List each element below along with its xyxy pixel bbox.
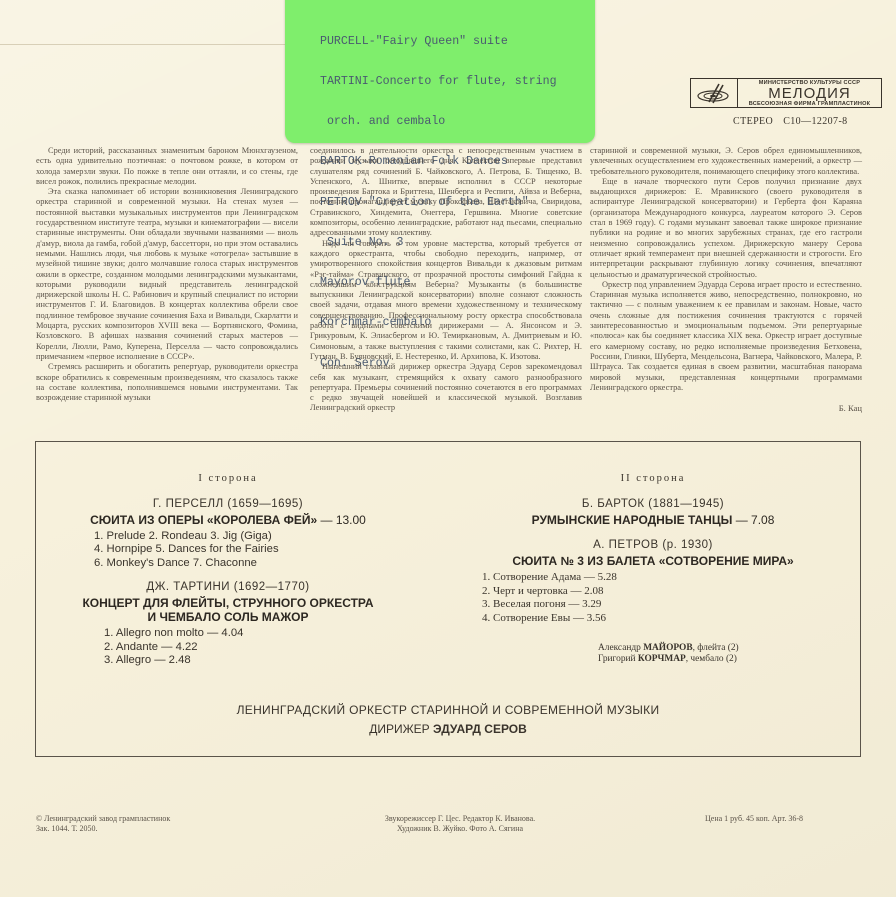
logo-subtitle: ВСЕСОЮЗНАЯ ФИРМА ГРАМПЛАСТИНОК — [749, 101, 871, 107]
performer: Александр МАЙОРОВ, флейта (2) — [598, 643, 739, 654]
essay-author: Б. Кац — [590, 403, 862, 413]
performer-role: , чембало (2) — [686, 654, 737, 664]
movement-list: 1. Allegro non molto — 4.04 2. Andante —… — [104, 627, 388, 667]
performer-first-name: Григорий — [598, 654, 638, 664]
english-sticker: PURCELL-"Fairy Queen" suite TARTINI-Conc… — [285, 0, 595, 143]
work-duration: — 7.08 — [732, 513, 774, 527]
work-title: РУМЫНСКИЕ НАРОДНЫЕ ТАНЦЫ — 7.08 — [478, 513, 828, 527]
composer-name: ДЖ. ТАРТИНИ (1692—1770) — [68, 581, 388, 593]
credits-line: Художник В. Жуйко. Фото А. Сягина — [355, 824, 565, 834]
sticker-line: orch. and cembalo — [320, 115, 557, 128]
credits-line: Звукорежиссер Г. Цес. Редактор К. Иванов… — [355, 814, 565, 824]
side-2: II сторона Б. БАРТОК (1881—1945) РУМЫНСК… — [478, 473, 828, 625]
work-title: СЮИТА ИЗ ОПЕРЫ «КОРОЛЕВА ФЕЙ» — 13.00 — [68, 513, 388, 527]
sticker-line: PURCELL-"Fairy Queen" suite — [320, 35, 557, 48]
publisher-line: © Ленинградский завод грамплaстинок — [36, 814, 170, 824]
movement: 2. Andante — 4.22 — [104, 641, 388, 654]
movement: 4. Hornpipe 5. Dances for the Fairies — [94, 543, 388, 556]
performers: Александр МАЙОРОВ, флейта (2) Григорий К… — [598, 643, 739, 665]
movement: 2. Черт и чертовка — 2.08 — [482, 585, 828, 599]
performer: Григорий КОРЧМАР, чембало (2) — [598, 654, 739, 665]
essay-paragraph: Нынешний главный дирижер оркестра Эдуард… — [310, 362, 582, 413]
essay-paragraph: Еще в начале творческого пути Серов полу… — [590, 177, 862, 280]
sticker-line: TARTINI-Concerto for flute, string — [320, 75, 557, 88]
conductor-label: ДИРИЖЕР — [369, 722, 433, 736]
logo-brand: МЕЛОДИЯ — [768, 86, 850, 101]
format-label: СТЕРЕО — [733, 116, 773, 127]
sleeve-seam — [0, 44, 290, 45]
movement: 1. Сотворение Адама — 5.28 — [482, 571, 828, 585]
essay-paragraph: Эта сказка напоминает об истории возникн… — [36, 187, 298, 362]
logo-text: МИНИСТЕРСТВО КУЛЬТУРЫ СССР МЕЛОДИЯ ВСЕСО… — [737, 78, 882, 108]
movement-list: 1. Сотворение Адама — 5.28 2. Черт и чер… — [482, 571, 828, 625]
movement: 6. Monkey's Dance 7. Chaconne — [94, 557, 388, 570]
composer-name: А. ПЕТРОВ (р. 1930) — [478, 539, 828, 551]
work-title-line: КОНЦЕРТ ДЛЯ ФЛЕЙТЫ, СТРУННОГО ОРКЕСТРА — [68, 596, 388, 610]
composer-name: Б. БАРТОК (1881—1945) — [478, 498, 828, 510]
performer-role: , флейта (2) — [693, 643, 739, 653]
movement: 3. Веселая погоня — 3.29 — [482, 598, 828, 612]
melodiya-disc-icon — [690, 78, 737, 108]
side-label: I сторона — [68, 473, 388, 484]
essay-paragraph: соединилось в деятельности оркестра с не… — [310, 146, 582, 239]
performer-last-name: МАЙОРОВ — [643, 643, 692, 653]
work-title: КОНЦЕРТ ДЛЯ ФЛЕЙТЫ, СТРУННОГО ОРКЕСТРА И… — [68, 596, 388, 624]
work-title: СЮИТА № 3 ИЗ БАЛЕТА «СОТВОРЕНИЕ МИРА» — [478, 554, 828, 568]
essay-column-2: соединилось в деятельности оркестра с не… — [310, 146, 582, 414]
orchestra-name: ЛЕНИНГРАДСКИЙ ОРКЕСТР СТАРИННОЙ И СОВРЕМ… — [0, 703, 896, 717]
work-duration: — 13.00 — [317, 513, 366, 527]
movement: 1. Prelude 2. Rondeau 3. Jig (Giga) — [94, 530, 388, 543]
essay-column-3: старинной и современной музыки, Э. Серов… — [590, 146, 862, 413]
composer-name: Г. ПЕРСЕЛЛ (1659—1695) — [68, 498, 388, 510]
performer-last-name: КОРЧМАР — [638, 654, 686, 664]
footer-credits: Звукорежиссер Г. Цес. Редактор К. Иванов… — [355, 814, 565, 834]
essay-paragraph: старинной и современной музыки, Э. Серов… — [590, 146, 862, 177]
footer-publisher: © Ленинградский завод грамплaстинок Зак.… — [36, 814, 170, 834]
conductor-name: ЭДУАРД СЕРОВ — [433, 722, 527, 736]
melodiya-logo: МИНИСТЕРСТВО КУЛЬТУРЫ СССР МЕЛОДИЯ ВСЕСО… — [690, 78, 882, 108]
movement: 1. Allegro non molto — 4.04 — [104, 627, 388, 640]
movement: 4. Сотворение Евы — 3.56 — [482, 612, 828, 626]
side-1: I сторона Г. ПЕРСЕЛЛ (1659—1695) СЮИТА И… — [68, 473, 388, 667]
work-title-text: РУМЫНСКИЕ НАРОДНЫЕ ТАНЦЫ — [532, 513, 733, 527]
order-line: Зак. 1044. Т. 2050. — [36, 824, 170, 834]
work-title-line: И ЧЕМБАЛО СОЛЬ МАЖОР — [68, 610, 388, 624]
side-label: II сторона — [478, 473, 828, 484]
conductor: ДИРИЖЕР ЭДУАРД СЕРОВ — [0, 722, 896, 736]
catalog-number: СТЕРЕОС10—12207-8 — [733, 116, 848, 127]
essay-paragraph: Надо ли говорить о том уровне мастерства… — [310, 239, 582, 363]
essay-column-1: Среди историй, рассказанных знаменитым б… — [36, 146, 298, 403]
movement-list: 1. Prelude 2. Rondeau 3. Jig (Giga) 4. H… — [94, 530, 388, 570]
catalog-id: С10—12207-8 — [783, 116, 847, 127]
footer-price: Цена 1 руб. 45 коп. Арт. 36-8 — [705, 814, 803, 824]
movement: 3. Allegro — 2.48 — [104, 654, 388, 667]
essay-paragraph: Среди историй, рассказанных знаменитым б… — [36, 146, 298, 187]
work-title-text: СЮИТА ИЗ ОПЕРЫ «КОРОЛЕВА ФЕЙ» — [90, 513, 317, 527]
performer-first-name: Александр — [598, 643, 643, 653]
essay-paragraph: Оркестр под управлением Эдуарда Серова и… — [590, 280, 862, 393]
essay-paragraph: Стремясь расширить и обогатить репертуар… — [36, 362, 298, 403]
